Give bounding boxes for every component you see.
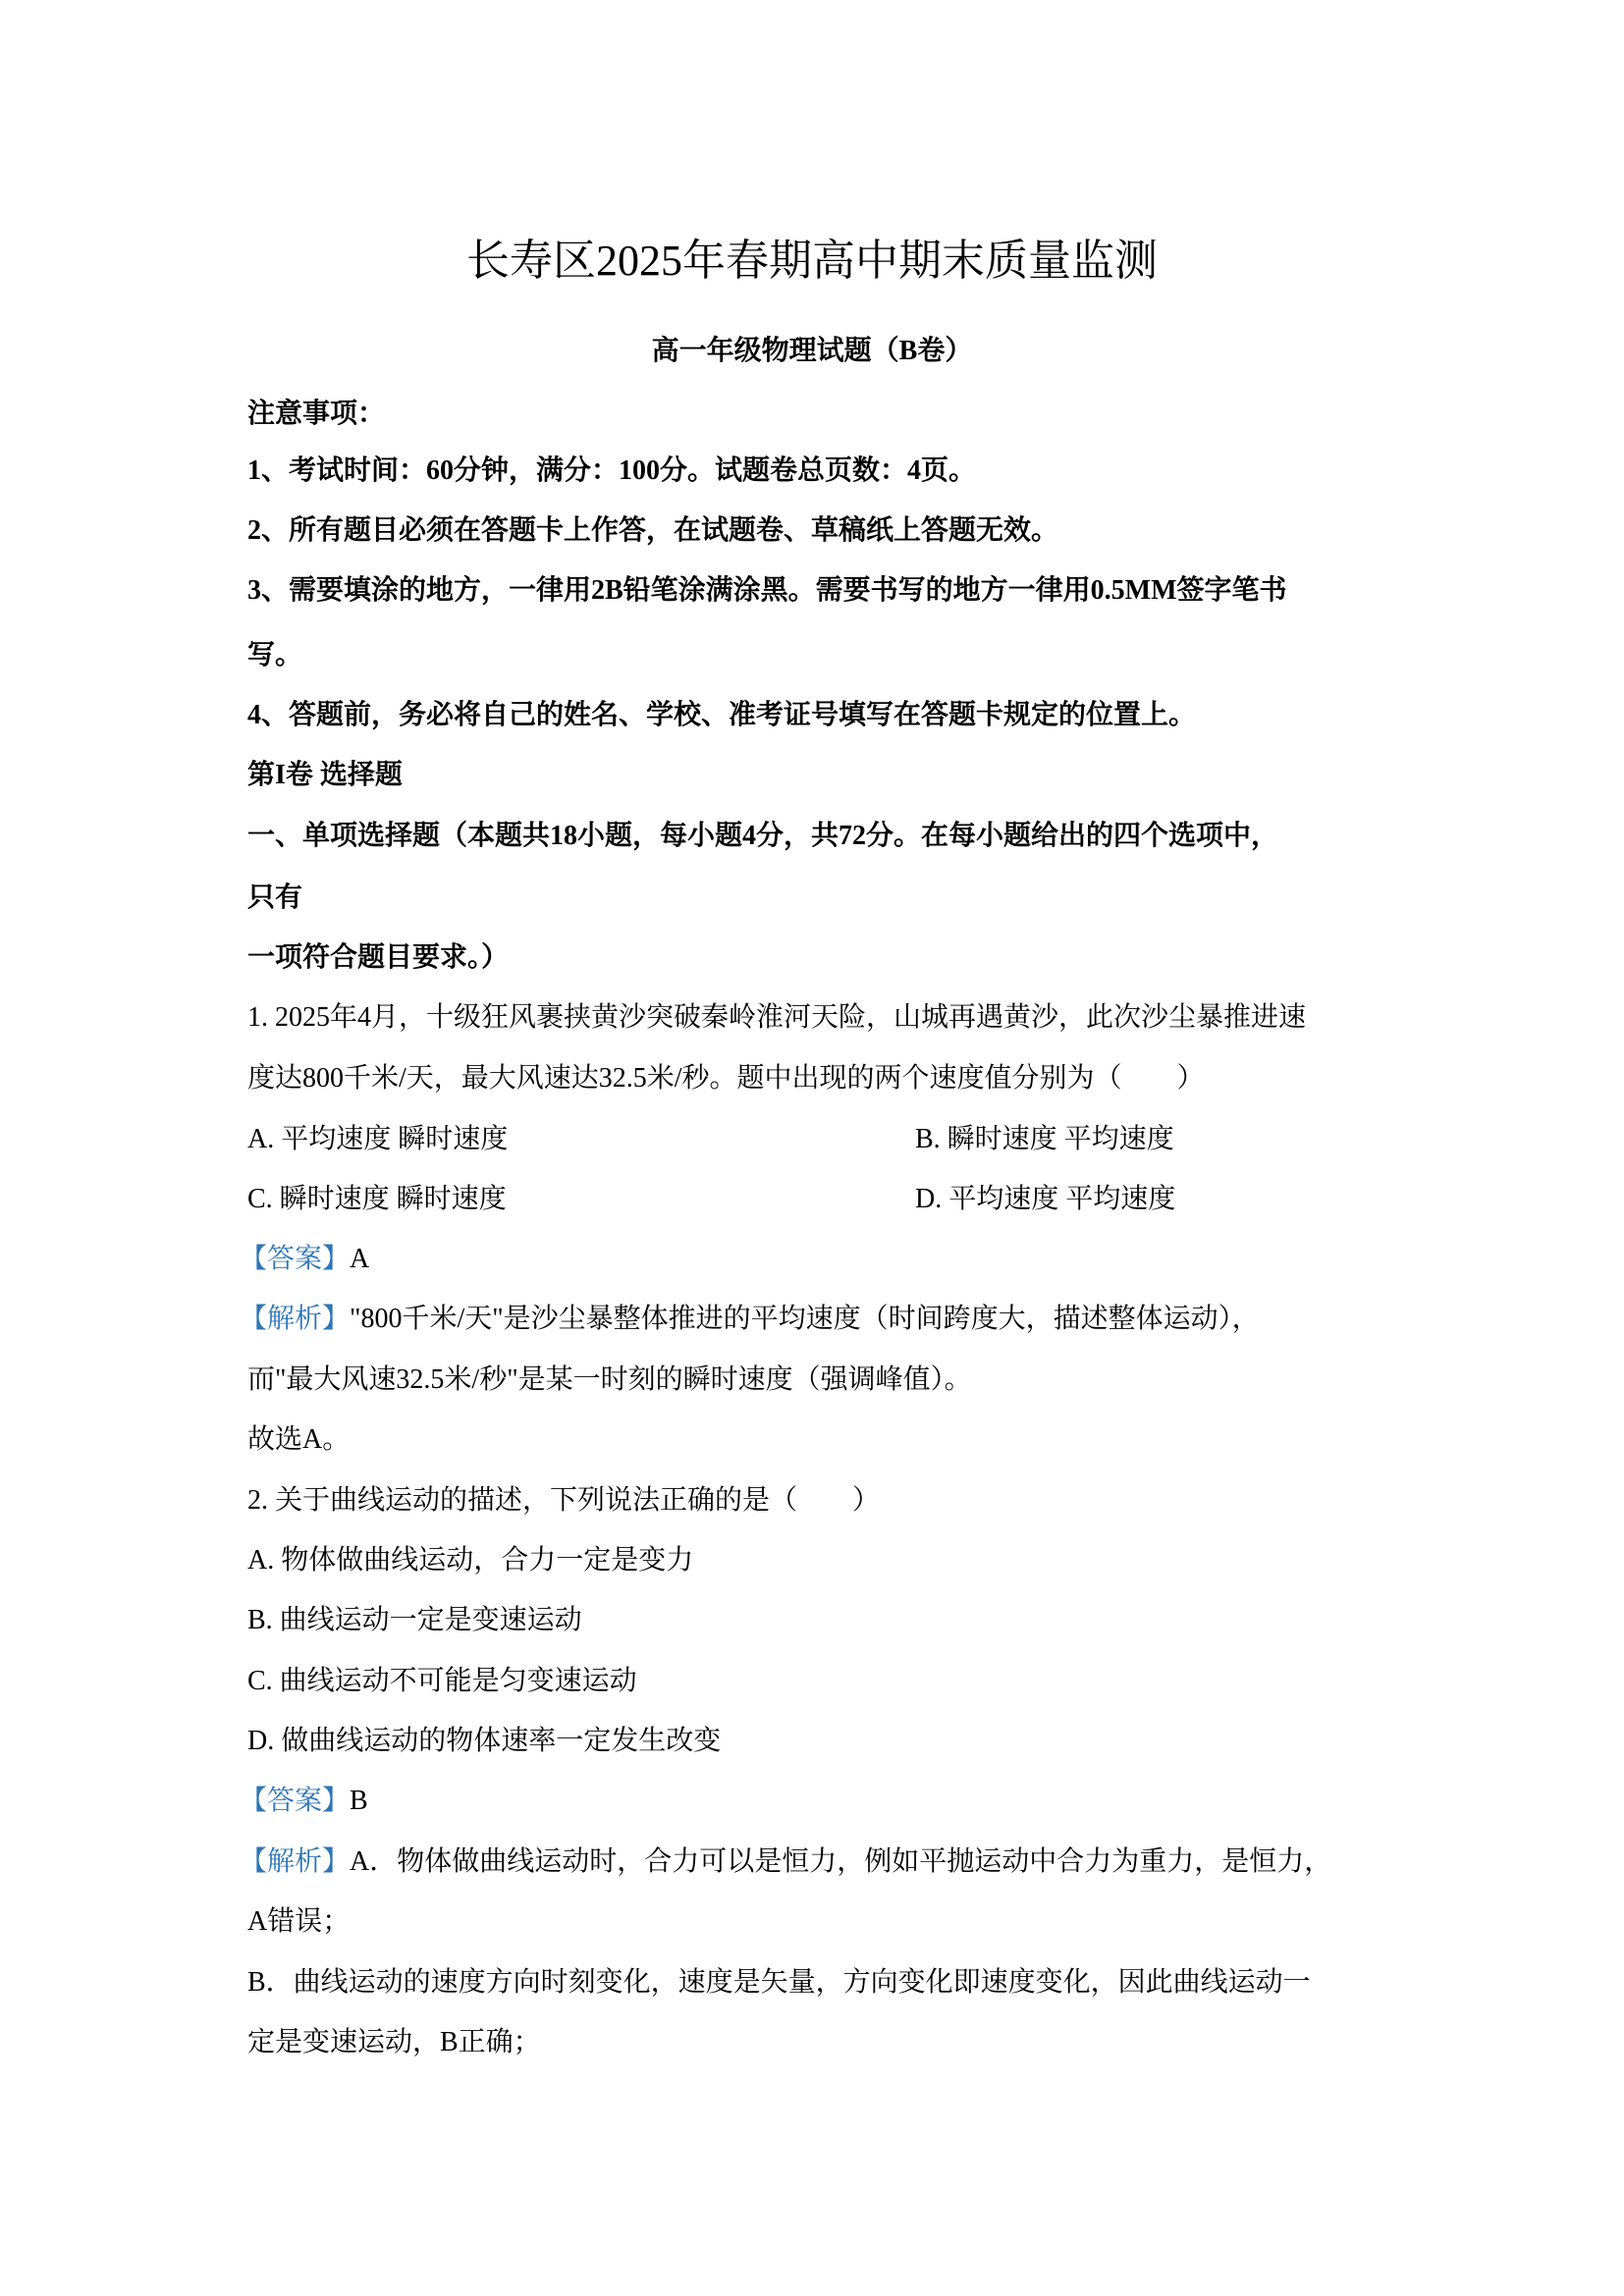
question-2-option-c: C. 曲线运动不可能是匀变速运动 [247,1664,637,1699]
notice-item-3: 3、需要填涂的地方，一律用2B铅笔涂满涂黑。需要书写的地方一律用0.5MM签字笔… [247,573,1287,609]
answer-value: A [350,1244,369,1274]
exam-subtitle: 高一年级物理试题（B卷） [0,334,1624,369]
notice-heading: 注意事项： [247,397,385,432]
question-1-option-d: D. 平均速度 平均速度 [915,1182,1175,1217]
question-2-option-a: A. 物体做曲线运动，合力一定是变力 [247,1543,693,1578]
question-1-analysis-line-3: 故选A。 [247,1422,350,1458]
answer-tag: 【答案】 [240,1244,350,1274]
question-1-option-a: A. 平均速度 瞬时速度 [247,1122,508,1157]
question-1-option-c: C. 瞬时速度 瞬时速度 [247,1182,507,1217]
question-2-analysis-line-4: 定是变速运动，B正确； [247,2025,541,2060]
question-1-stem-line-1: 1. 2025年4月，十级狂风裹挟黄沙突破秦岭淮河天险，山城再遇黄沙，此次沙尘暴… [247,1000,1306,1036]
analysis-tag: 【解析】 [240,1304,350,1334]
question-2-option-b: B. 曲线运动一定是变速运动 [247,1603,582,1638]
question-2-answer: 【答案】B [240,1784,368,1819]
question-2-option-d: D. 做曲线运动的物体速率一定发生改变 [247,1724,721,1759]
answer-value: B [350,1786,368,1816]
notice-item-4: 4、答题前，务必将自己的姓名、学校、准考证号填写在答题卡规定的位置上。 [247,698,1196,733]
part-title: 第I卷 选择题 [247,758,403,793]
question-2-analysis-line-2: A错误； [247,1904,350,1940]
notice-item-1: 1、考试时间：60分钟，满分：100分。试题卷总页数：4页。 [247,454,976,489]
question-2-analysis-line-1: 【解析】A．物体做曲线运动时，合力可以是恒力，例如平抛运动中合力为重力，是恒力， [240,1844,1331,1880]
section-instruction-2: 只有 [247,881,302,916]
section-instruction-3: 一项符合题目要求。） [247,940,509,976]
analysis-text: A．物体做曲线运动时，合力可以是恒力，例如平抛运动中合力为重力，是恒力， [350,1846,1331,1877]
exam-page: 长寿区2025年春期高中期末质量监测 高一年级物理试题（B卷） 注意事项： 1、… [0,0,1624,2296]
section-instruction-1: 一、单项选择题（本题共18小题，每小题4分，共72分。在每小题给出的四个选项中， [247,819,1278,854]
question-1-analysis-line-2: 而"最大风速32.5米/秒"是某一时刻的瞬时速度（强调峰值）。 [247,1362,972,1398]
analysis-tag: 【解析】 [240,1846,350,1877]
question-2-analysis-line-3: B．曲线运动的速度方向时刻变化，速度是矢量，方向变化即速度变化，因此曲线运动一 [247,1965,1311,2001]
notice-item-3-cont: 写。 [247,638,302,673]
question-1-stem-line-2: 度达800千米/天，最大风速达32.5米/秒。题中出现的两个速度值分别为（ ） [247,1061,1205,1096]
question-1-answer: 【答案】A [240,1242,369,1277]
answer-tag: 【答案】 [240,1786,350,1816]
notice-item-2: 2、所有题目必须在答题卡上作答，在试题卷、草稿纸上答题无效。 [247,513,1058,549]
analysis-text: "800千米/天"是沙尘暴整体推进的平均速度（时间跨度大，描述整体运动）， [350,1304,1260,1334]
exam-title: 长寿区2025年春期高中期末质量监测 [0,234,1624,289]
question-1-option-b: B. 瞬时速度 平均速度 [915,1122,1174,1157]
question-1-analysis-line-1: 【解析】"800千米/天"是沙尘暴整体推进的平均速度（时间跨度大，描述整体运动）… [240,1302,1260,1337]
question-2-stem: 2. 关于曲线运动的描述，下列说法正确的是（ ） [247,1483,880,1519]
